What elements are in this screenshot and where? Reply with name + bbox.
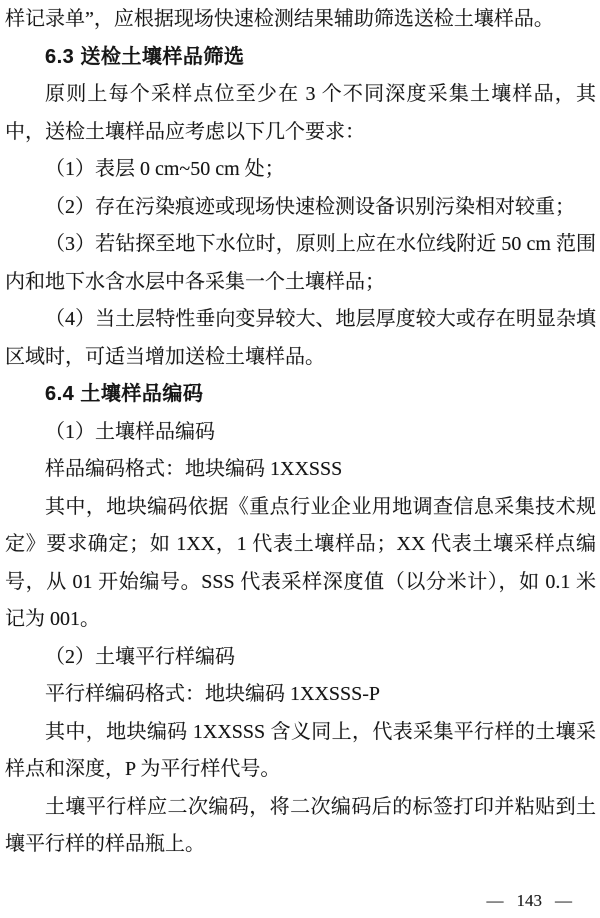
sub-item-2: （2）土壤平行样编码: [5, 639, 596, 677]
paragraph: 样品编码格式：地块编码 1XXSSS: [5, 451, 596, 489]
page-footer: — 143 —: [487, 892, 573, 909]
footer-dash-right: —: [555, 892, 572, 909]
paragraph: 平行样编码格式：地块编码 1XXSSS-P: [5, 676, 596, 714]
section-heading-6-4: 6.4 土壤样品编码: [5, 376, 596, 414]
list-item-4: （4）当土层特性垂向变异较大、地层厚度较大或存在明显杂填区域时，可适当增加送检土…: [5, 301, 596, 376]
paragraph-continuation: 样记录单”，应根据现场快速检测结果辅助筛选送检土壤样品。: [5, 1, 596, 39]
section-heading-6-3: 6.3 送检土壤样品筛选: [5, 39, 596, 77]
page-number: 143: [517, 892, 543, 909]
paragraph: 原则上每个采样点位至少在 3 个不同深度采集土壤样品，其中，送检土壤样品应考虑以…: [5, 76, 596, 151]
footer-dash-left: —: [487, 892, 504, 909]
sub-item-1: （1）土壤样品编码: [5, 414, 596, 452]
list-item-1: （1）表层 0 cm~50 cm 处；: [5, 151, 596, 189]
list-item-3: （3）若钻探至地下水位时，原则上应在水位线附近 50 cm 范围内和地下水含水层…: [5, 226, 596, 301]
document-page: 样记录单”，应根据现场快速检测结果辅助筛选送检土壤样品。 6.3 送检土壤样品筛…: [0, 0, 600, 918]
list-item-2: （2）存在污染痕迹或现场快速检测设备识别污染相对较重；: [5, 189, 596, 227]
paragraph: 其中，地块编码依据《重点行业企业用地调查信息采集技术规定》要求确定；如 1XX，…: [5, 489, 596, 639]
paragraph: 其中，地块编码 1XXSSS 含义同上，代表采集平行样的土壤采样点和深度，P 为…: [5, 714, 596, 789]
paragraph: 土壤平行样应二次编码，将二次编码后的标签打印并粘贴到土壤平行样的样品瓶上。: [5, 789, 596, 864]
